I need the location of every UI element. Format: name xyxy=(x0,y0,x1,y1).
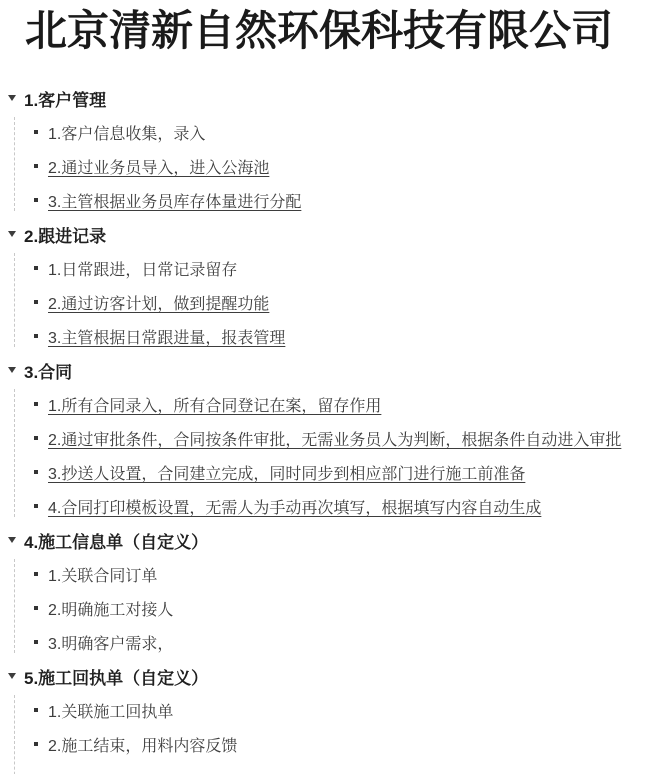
square-bullet-icon[interactable] xyxy=(34,436,38,440)
outline-item-row: 1.关联施工回执单 xyxy=(0,693,654,727)
square-bullet-icon[interactable] xyxy=(34,606,38,610)
triangle-down-icon xyxy=(8,367,16,373)
section-label[interactable]: 4.施工信息单（自定义） xyxy=(24,528,208,553)
outline-item-row: 3.主管根据业务员库存体量进行分配 xyxy=(0,183,654,217)
square-bullet-icon[interactable] xyxy=(34,402,38,406)
document-page: 北京清新自然环保科技有限公司 1.客户管理1.客户信息收集，录入2.通过业务员导… xyxy=(0,8,654,774)
outline-item-text[interactable]: 1.关联施工回执单 xyxy=(48,699,173,722)
square-bullet-icon[interactable] xyxy=(34,164,38,168)
section-label[interactable]: 3.合同 xyxy=(24,358,72,383)
section-items: 1.关联施工回执单2.施工结束，用料内容反馈 xyxy=(0,693,654,761)
square-bullet-icon[interactable] xyxy=(34,504,38,508)
collapse-triangle-icon[interactable] xyxy=(8,90,24,106)
square-bullet-icon[interactable] xyxy=(34,198,38,202)
square-bullet-icon[interactable] xyxy=(34,708,38,712)
outline-item-text[interactable]: 3.抄送人设置，合同建立完成，同时同步到相应部门进行施工前准备 xyxy=(48,461,525,484)
collapse-triangle-icon[interactable] xyxy=(8,226,24,242)
outline-item-row: 2.施工结束，用料内容反馈 xyxy=(0,727,654,761)
square-bullet-icon[interactable] xyxy=(34,640,38,644)
triangle-down-icon xyxy=(8,231,16,237)
outline-section: 1.客户管理1.客户信息收集，录入2.通过业务员导入，进入公海池3.主管根据业务… xyxy=(0,81,654,217)
outline-item-text[interactable]: 1.客户信息收集，录入 xyxy=(48,121,205,144)
outline-item-text[interactable]: 1.关联合同订单 xyxy=(48,563,157,586)
outline-item-row: 1.关联合同订单 xyxy=(0,557,654,591)
square-bullet-icon[interactable] xyxy=(34,266,38,270)
collapse-triangle-icon[interactable] xyxy=(8,532,24,548)
square-bullet-icon[interactable] xyxy=(34,334,38,338)
outline-item-text[interactable]: 1.日常跟进，日常记录留存 xyxy=(48,257,237,280)
outline-item-text[interactable]: 3.明确客户需求， xyxy=(48,631,173,654)
square-bullet-icon[interactable] xyxy=(34,300,38,304)
outline-item-text[interactable]: 3.主管根据日常跟进量，报表管理 xyxy=(48,325,285,348)
outline-item-text[interactable]: 1.所有合同录入，所有合同登记在案，留存作用 xyxy=(48,393,381,416)
triangle-down-icon xyxy=(8,537,16,543)
outline-item-row: 4.合同打印模板设置，无需人为手动再次填写，根据填写内容自动生成 xyxy=(0,489,654,523)
outline-section: 2.跟进记录1.日常跟进，日常记录留存2.通过访客计划，做到提醒功能3.主管根据… xyxy=(0,217,654,353)
collapse-triangle-icon[interactable] xyxy=(8,362,24,378)
outline-item-row: 2.明确施工对接人 xyxy=(0,591,654,625)
outline-item-text[interactable]: 2.通过访客计划，做到提醒功能 xyxy=(48,291,269,314)
outline-item-row: 3.抄送人设置，合同建立完成，同时同步到相应部门进行施工前准备 xyxy=(0,455,654,489)
page-title[interactable]: 北京清新自然环保科技有限公司 xyxy=(25,8,634,54)
outline-section: 5.施工回执单（自定义）1.关联施工回执单2.施工结束，用料内容反馈 xyxy=(0,659,654,761)
outline-item-row: 1.客户信息收集，录入 xyxy=(0,115,654,149)
section-header-row: 4.施工信息单（自定义） xyxy=(0,523,654,557)
outline-item-row: 2.通过审批条件，合同按条件审批，无需业务员人为判断，根据条件自动进入审批 xyxy=(0,421,654,455)
outline-item-text[interactable]: 2.通过业务员导入，进入公海池 xyxy=(48,155,269,178)
outline-item-row: 1.日常跟进，日常记录留存 xyxy=(0,251,654,285)
outline-item-text[interactable]: 2.通过审批条件，合同按条件审批，无需业务员人为判断，根据条件自动进入审批 xyxy=(48,427,621,450)
section-header-row: 5.施工回执单（自定义） xyxy=(0,659,654,693)
section-label[interactable]: 1.客户管理 xyxy=(24,86,106,111)
triangle-down-icon xyxy=(8,673,16,679)
section-header-row: 1.客户管理 xyxy=(0,81,654,115)
outline: 1.客户管理1.客户信息收集，录入2.通过业务员导入，进入公海池3.主管根据业务… xyxy=(0,81,654,761)
outline-item-text[interactable]: 4.合同打印模板设置，无需人为手动再次填写，根据填写内容自动生成 xyxy=(48,495,541,518)
outline-section: 3.合同1.所有合同录入，所有合同登记在案，留存作用2.通过审批条件，合同按条件… xyxy=(0,353,654,523)
outline-item-text[interactable]: 2.施工结束，用料内容反馈 xyxy=(48,733,237,756)
outline-item-row: 2.通过业务员导入，进入公海池 xyxy=(0,149,654,183)
square-bullet-icon[interactable] xyxy=(34,470,38,474)
outline-item-text[interactable]: 3.主管根据业务员库存体量进行分配 xyxy=(48,189,301,212)
square-bullet-icon[interactable] xyxy=(34,572,38,576)
triangle-down-icon xyxy=(8,95,16,101)
section-items: 1.客户信息收集，录入2.通过业务员导入，进入公海池3.主管根据业务员库存体量进… xyxy=(0,115,654,217)
square-bullet-icon[interactable] xyxy=(34,130,38,134)
section-label[interactable]: 5.施工回执单（自定义） xyxy=(24,664,208,689)
outline-item-row: 3.主管根据日常跟进量，报表管理 xyxy=(0,319,654,353)
section-header-row: 2.跟进记录 xyxy=(0,217,654,251)
outline-item-text[interactable]: 2.明确施工对接人 xyxy=(48,597,173,620)
section-items: 1.日常跟进，日常记录留存2.通过访客计划，做到提醒功能3.主管根据日常跟进量，… xyxy=(0,251,654,353)
section-header-row: 3.合同 xyxy=(0,353,654,387)
section-items: 1.关联合同订单2.明确施工对接人3.明确客户需求， xyxy=(0,557,654,659)
outline-item-row: 3.明确客户需求， xyxy=(0,625,654,659)
square-bullet-icon[interactable] xyxy=(34,742,38,746)
section-items: 1.所有合同录入，所有合同登记在案，留存作用2.通过审批条件，合同按条件审批，无… xyxy=(0,387,654,523)
section-label[interactable]: 2.跟进记录 xyxy=(24,222,106,247)
outline-item-row: 1.所有合同录入，所有合同登记在案，留存作用 xyxy=(0,387,654,421)
outline-section: 4.施工信息单（自定义）1.关联合同订单2.明确施工对接人3.明确客户需求， xyxy=(0,523,654,659)
outline-item-row: 2.通过访客计划，做到提醒功能 xyxy=(0,285,654,319)
collapse-triangle-icon[interactable] xyxy=(8,668,24,684)
